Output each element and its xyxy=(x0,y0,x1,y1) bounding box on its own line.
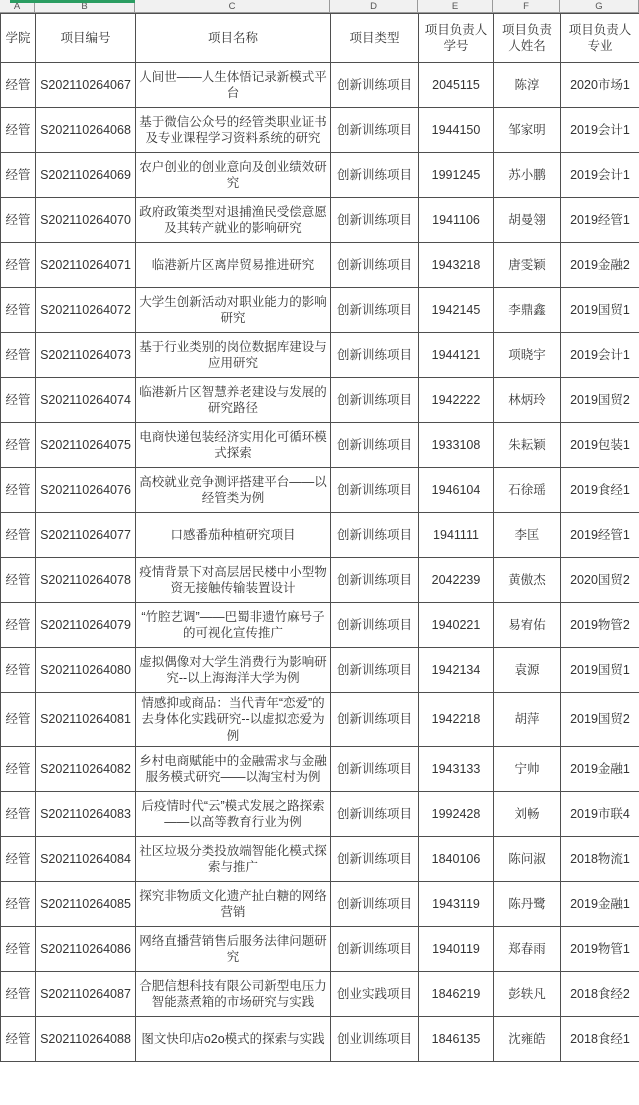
cell-leader-name[interactable]: 胡曼翎 xyxy=(494,198,561,243)
cell-project-title[interactable]: 网络直播营销售后服务法律问题研究 xyxy=(136,926,331,971)
cell-leader-name[interactable]: 苏小鹏 xyxy=(494,153,561,198)
cell-leader-major[interactable]: 2019包装1 xyxy=(561,423,639,468)
cell-project-code[interactable]: S202110264084 xyxy=(36,836,136,881)
header-project-title: 项目名称 xyxy=(136,14,331,63)
cell-college[interactable]: 经管 xyxy=(1,926,36,971)
cell-leader-major[interactable]: 2019经管1 xyxy=(561,513,639,558)
cell-student-id[interactable]: 1840106 xyxy=(419,836,494,881)
cell-project-type[interactable]: 创新训练项目 xyxy=(331,153,419,198)
cell-leader-name[interactable]: 李鼎鑫 xyxy=(494,288,561,333)
cell-leader-major[interactable]: 2019国贸2 xyxy=(561,378,639,423)
cell-student-id[interactable]: 1943133 xyxy=(419,746,494,791)
cell-leader-name[interactable]: 黄傲杰 xyxy=(494,558,561,603)
cell-project-code[interactable]: S202110264071 xyxy=(36,243,136,288)
cell-leader-major[interactable]: 2019经管1 xyxy=(561,198,639,243)
cell-project-code[interactable]: S202110264080 xyxy=(36,648,136,693)
cell-leader-major[interactable]: 2018食经1 xyxy=(561,1016,639,1061)
table-row: 经管 S202110264082 乡村电商赋能中的金融需求与金融服务模式研究——… xyxy=(1,746,639,791)
cell-college[interactable]: 经管 xyxy=(1,198,36,243)
cell-project-type[interactable]: 创新训练项目 xyxy=(331,423,419,468)
cell-project-code[interactable]: S202110264073 xyxy=(36,333,136,378)
table-row: 经管 S202110264087 合肥信想科技有限公司新型电压力智能蒸煮箱的市场… xyxy=(1,971,639,1016)
column-header-d[interactable]: D xyxy=(330,0,418,12)
cell-project-code[interactable]: S202110264068 xyxy=(36,108,136,153)
table-row: 经管 S202110264069 农户创业的创业意向及创业绩效研究 创新训练项目… xyxy=(1,153,639,198)
cell-student-id[interactable]: 1943119 xyxy=(419,881,494,926)
cell-leader-major[interactable]: 2020市场1 xyxy=(561,63,639,108)
cell-student-id[interactable]: 1991245 xyxy=(419,153,494,198)
cell-leader-major[interactable]: 2019国贸1 xyxy=(561,288,639,333)
cell-project-code[interactable]: S202110264079 xyxy=(36,603,136,648)
cell-leader-name[interactable]: 陈淳 xyxy=(494,63,561,108)
cell-leader-name[interactable]: 郑春雨 xyxy=(494,926,561,971)
cell-student-id[interactable]: 1846135 xyxy=(419,1016,494,1061)
cell-college[interactable]: 经管 xyxy=(1,648,36,693)
cell-college[interactable]: 经管 xyxy=(1,746,36,791)
table-row: 经管 S202110264077 口感番茄种植研究项目 创新训练项目 19411… xyxy=(1,513,639,558)
table-row: 经管 S202110264081 情感抑或商品：当代青年“恋爱”的去身体化实践研… xyxy=(1,693,639,747)
spreadsheet-view: A B C D E F G 学院 项目编号 项目名称 项目类型 项目负责人学号 … xyxy=(0,0,639,1062)
cell-leader-major[interactable]: 2019金融2 xyxy=(561,243,639,288)
cell-project-code[interactable]: S202110264067 xyxy=(36,63,136,108)
cell-project-type[interactable]: 创新训练项目 xyxy=(331,558,419,603)
cell-project-title[interactable]: 情感抑或商品：当代青年“恋爱”的去身体化实践研究--以虚拟恋爱为例 xyxy=(136,693,331,747)
cell-project-code[interactable]: S202110264069 xyxy=(36,153,136,198)
table-row: 经管 S202110264076 高校就业竞争测评搭建平台——以经管类为例 创新… xyxy=(1,468,639,513)
cell-project-code[interactable]: S202110264078 xyxy=(36,558,136,603)
table-row: 经管 S202110264085 探究非物质文化遗产扯白糖的网络营销 创新训练项… xyxy=(1,881,639,926)
cell-student-id[interactable]: 1941106 xyxy=(419,198,494,243)
cell-college[interactable]: 经管 xyxy=(1,558,36,603)
cell-project-type[interactable]: 创业实践项目 xyxy=(331,971,419,1016)
cell-project-type[interactable]: 创新训练项目 xyxy=(331,693,419,747)
cell-project-type[interactable]: 创新训练项目 xyxy=(331,648,419,693)
cell-project-code[interactable]: S202110264081 xyxy=(36,693,136,747)
cell-project-title[interactable]: “竹腔艺调”——巴蜀非遗竹麻号子的可视化宣传推广 xyxy=(136,603,331,648)
cell-college[interactable]: 经管 xyxy=(1,971,36,1016)
cell-college[interactable]: 经管 xyxy=(1,603,36,648)
column-header-f[interactable]: F xyxy=(493,0,560,12)
cell-project-code[interactable]: S202110264074 xyxy=(36,378,136,423)
cell-project-type[interactable]: 创新训练项目 xyxy=(331,603,419,648)
cell-college[interactable]: 经管 xyxy=(1,1016,36,1061)
cell-leader-major[interactable]: 2019食经1 xyxy=(561,468,639,513)
cell-project-code[interactable]: S202110264083 xyxy=(36,791,136,836)
cell-project-type[interactable]: 创新训练项目 xyxy=(331,926,419,971)
cell-project-title[interactable]: 电商快递包装经济实用化可循环模式探索 xyxy=(136,423,331,468)
cell-project-code[interactable]: S202110264072 xyxy=(36,288,136,333)
cell-project-code[interactable]: S202110264088 xyxy=(36,1016,136,1061)
cell-college[interactable]: 经管 xyxy=(1,423,36,468)
cell-project-type[interactable]: 创新训练项目 xyxy=(331,63,419,108)
table-row: 经管 S202110264068 基于微信公众号的经管类职业证书及专业课程学习资… xyxy=(1,108,639,153)
cell-project-title[interactable]: 农户创业的创业意向及创业绩效研究 xyxy=(136,153,331,198)
header-project-type: 项目类型 xyxy=(331,14,419,63)
cell-project-title[interactable]: 疫情背景下对高层居民楼中小型物资无接触传输装置设计 xyxy=(136,558,331,603)
cell-college[interactable]: 经管 xyxy=(1,333,36,378)
cell-project-title[interactable]: 乡村电商赋能中的金融需求与金融服务模式研究——以淘宝村为例 xyxy=(136,746,331,791)
cell-college[interactable]: 经管 xyxy=(1,288,36,333)
cell-project-code[interactable]: S202110264082 xyxy=(36,746,136,791)
table-row: 经管 S202110264070 政府政策类型对退捕渔民受偿意愿及其转产就业的影… xyxy=(1,198,639,243)
table-row: 经管 S202110264088 图文快印店o2o模式的探索与实践 创业训练项目… xyxy=(1,1016,639,1061)
cell-leader-major[interactable]: 2019物管2 xyxy=(561,603,639,648)
projects-table: 学院 项目编号 项目名称 项目类型 项目负责人学号 项目负责人姓名 项目负责人专… xyxy=(0,13,639,1062)
cell-leader-name[interactable]: 石徐瑶 xyxy=(494,468,561,513)
cell-project-type[interactable]: 创新训练项目 xyxy=(331,881,419,926)
cell-project-type[interactable]: 创新训练项目 xyxy=(331,791,419,836)
cell-college[interactable]: 经管 xyxy=(1,881,36,926)
cell-project-title[interactable]: 政府政策类型对退捕渔民受偿意愿及其转产就业的影响研究 xyxy=(136,198,331,243)
cell-project-code[interactable]: S202110264085 xyxy=(36,881,136,926)
cell-project-title[interactable]: 社区垃圾分类投放端智能化模式探索与推广 xyxy=(136,836,331,881)
header-leader-major: 项目负责人专业 xyxy=(561,14,639,63)
table-row: 经管 S202110264086 网络直播营销售后服务法律问题研究 创新训练项目… xyxy=(1,926,639,971)
cell-student-id[interactable]: 1943218 xyxy=(419,243,494,288)
cell-college[interactable]: 经管 xyxy=(1,63,36,108)
cell-leader-name[interactable]: 彭轶凡 xyxy=(494,971,561,1016)
table-row: 经管 S202110264078 疫情背景下对高层居民楼中小型物资无接触传输装置… xyxy=(1,558,639,603)
cell-project-title[interactable]: 临港新片区智慧养老建设与发展的研究路径 xyxy=(136,378,331,423)
cell-student-id[interactable]: 1944121 xyxy=(419,333,494,378)
header-college: 学院 xyxy=(1,14,36,63)
cell-project-type[interactable]: 创新训练项目 xyxy=(331,198,419,243)
cell-student-id[interactable]: 1933108 xyxy=(419,423,494,468)
cell-college[interactable]: 经管 xyxy=(1,243,36,288)
cell-project-title[interactable]: 探究非物质文化遗产扯白糖的网络营销 xyxy=(136,881,331,926)
table-row: 经管 S202110264083 后疫情时代“云”模式发展之路探索——以高等教育… xyxy=(1,791,639,836)
cell-leader-name[interactable]: 沈雍皓 xyxy=(494,1016,561,1061)
cell-leader-major[interactable]: 2019市联4 xyxy=(561,791,639,836)
table-row: 经管 S202110264073 基于行业类别的岗位数据库建设与应用研究 创新训… xyxy=(1,333,639,378)
cell-student-id[interactable]: 1942134 xyxy=(419,648,494,693)
cell-leader-major[interactable]: 2019国贸2 xyxy=(561,693,639,747)
header-project-code: 项目编号 xyxy=(36,14,136,63)
cell-college[interactable]: 经管 xyxy=(1,108,36,153)
cell-project-title[interactable]: 后疫情时代“云”模式发展之路探索——以高等教育行业为例 xyxy=(136,791,331,836)
cell-student-id[interactable]: 1846219 xyxy=(419,971,494,1016)
cell-project-type[interactable]: 创新训练项目 xyxy=(331,288,419,333)
cell-project-code[interactable]: S202110264077 xyxy=(36,513,136,558)
cell-project-title[interactable]: 临港新片区离岸贸易推进研究 xyxy=(136,243,331,288)
cell-leader-name[interactable]: 宁帅 xyxy=(494,746,561,791)
cell-leader-major[interactable]: 2020国贸2 xyxy=(561,558,639,603)
cell-student-id[interactable]: 1940119 xyxy=(419,926,494,971)
table-row: 经管 S202110264072 大学生创新活动对职业能力的影响研究 创新训练项… xyxy=(1,288,639,333)
cell-project-type[interactable]: 创新训练项目 xyxy=(331,108,419,153)
table-row: 经管 S202110264067 人间世——人生体悟记录新模式平台 创新训练项目… xyxy=(1,63,639,108)
table-row: 经管 S202110264079 “竹腔艺调”——巴蜀非遗竹麻号子的可视化宣传推… xyxy=(1,603,639,648)
cell-student-id[interactable]: 1946104 xyxy=(419,468,494,513)
cell-project-type[interactable]: 创新训练项目 xyxy=(331,243,419,288)
cell-project-title[interactable]: 基于微信公众号的经管类职业证书及专业课程学习资料系统的研究 xyxy=(136,108,331,153)
cell-project-type[interactable]: 创新训练项目 xyxy=(331,333,419,378)
cell-college[interactable]: 经管 xyxy=(1,378,36,423)
header-leader-name: 项目负责人姓名 xyxy=(494,14,561,63)
cell-college[interactable]: 经管 xyxy=(1,791,36,836)
cell-project-type[interactable]: 创新训练项目 xyxy=(331,468,419,513)
cell-leader-name[interactable]: 邹家明 xyxy=(494,108,561,153)
cell-project-code[interactable]: S202110264075 xyxy=(36,423,136,468)
cell-project-type[interactable]: 创新训练项目 xyxy=(331,836,419,881)
table-row: 经管 S202110264075 电商快递包装经济实用化可循环模式探索 创新训练… xyxy=(1,423,639,468)
cell-project-title[interactable]: 虚拟偶像对大学生消费行为影响研究--以上海海洋大学为例 xyxy=(136,648,331,693)
cell-student-id[interactable]: 1944150 xyxy=(419,108,494,153)
table-row: 经管 S202110264084 社区垃圾分类投放端智能化模式探索与推广 创新训… xyxy=(1,836,639,881)
cell-leader-name[interactable]: 胡萍 xyxy=(494,693,561,747)
cell-leader-major[interactable]: 2019金融1 xyxy=(561,881,639,926)
cell-student-id[interactable]: 1940221 xyxy=(419,603,494,648)
cell-project-type[interactable]: 创新训练项目 xyxy=(331,513,419,558)
cell-leader-major[interactable]: 2019物管1 xyxy=(561,926,639,971)
cell-leader-name[interactable]: 项晓宇 xyxy=(494,333,561,378)
cell-student-id[interactable]: 1941111 xyxy=(419,513,494,558)
cell-project-code[interactable]: S202110264076 xyxy=(36,468,136,513)
cell-college[interactable]: 经管 xyxy=(1,513,36,558)
cell-leader-major[interactable]: 2019国贸1 xyxy=(561,648,639,693)
cell-project-title[interactable]: 合肥信想科技有限公司新型电压力智能蒸煮箱的市场研究与实践 xyxy=(136,971,331,1016)
cell-student-id[interactable]: 2045115 xyxy=(419,63,494,108)
cell-leader-name[interactable]: 李匡 xyxy=(494,513,561,558)
cell-student-id[interactable]: 2042239 xyxy=(419,558,494,603)
cell-project-title[interactable]: 高校就业竞争测评搭建平台——以经管类为例 xyxy=(136,468,331,513)
cell-leader-major[interactable]: 2019会计1 xyxy=(561,108,639,153)
cell-student-id[interactable]: 1942222 xyxy=(419,378,494,423)
cell-leader-major[interactable]: 2019金融1 xyxy=(561,746,639,791)
cell-leader-name[interactable]: 林炳玲 xyxy=(494,378,561,423)
cell-leader-name[interactable]: 刘畅 xyxy=(494,791,561,836)
cell-college[interactable]: 经管 xyxy=(1,153,36,198)
column-header-e[interactable]: E xyxy=(418,0,493,12)
column-header-c[interactable]: C xyxy=(135,0,330,12)
cell-project-type[interactable]: 创业训练项目 xyxy=(331,1016,419,1061)
cell-project-type[interactable]: 创新训练项目 xyxy=(331,746,419,791)
cell-project-title[interactable]: 大学生创新活动对职业能力的影响研究 xyxy=(136,288,331,333)
table-row: 经管 S202110264071 临港新片区离岸贸易推进研究 创新训练项目 19… xyxy=(1,243,639,288)
cell-leader-name[interactable]: 袁源 xyxy=(494,648,561,693)
cell-project-code[interactable]: S202110264070 xyxy=(36,198,136,243)
cell-leader-name[interactable]: 易宥佑 xyxy=(494,603,561,648)
header-student-id: 项目负责人学号 xyxy=(419,14,494,63)
cell-project-type[interactable]: 创新训练项目 xyxy=(331,378,419,423)
cell-leader-name[interactable]: 陈问淑 xyxy=(494,836,561,881)
cell-college[interactable]: 经管 xyxy=(1,836,36,881)
cell-project-title[interactable]: 基于行业类别的岗位数据库建设与应用研究 xyxy=(136,333,331,378)
column-header-g[interactable]: G xyxy=(560,0,639,12)
cell-leader-name[interactable]: 朱耘颖 xyxy=(494,423,561,468)
cell-student-id[interactable]: 1942218 xyxy=(419,693,494,747)
cell-leader-major[interactable]: 2019会计1 xyxy=(561,333,639,378)
table-header-row: 学院 项目编号 项目名称 项目类型 项目负责人学号 项目负责人姓名 项目负责人专… xyxy=(1,14,639,63)
cell-leader-name[interactable]: 陈丹鹭 xyxy=(494,881,561,926)
cell-project-title[interactable]: 人间世——人生体悟记录新模式平台 xyxy=(136,63,331,108)
table-row: 经管 S202110264074 临港新片区智慧养老建设与发展的研究路径 创新训… xyxy=(1,378,639,423)
table-row: 经管 S202110264080 虚拟偶像对大学生消费行为影响研究--以上海海洋… xyxy=(1,648,639,693)
cell-student-id[interactable]: 1992428 xyxy=(419,791,494,836)
cell-project-code[interactable]: S202110264087 xyxy=(36,971,136,1016)
cell-college[interactable]: 经管 xyxy=(1,693,36,747)
selection-accent-bar xyxy=(10,0,135,3)
cell-project-title[interactable]: 图文快印店o2o模式的探索与实践 xyxy=(136,1016,331,1061)
cell-project-code[interactable]: S202110264086 xyxy=(36,926,136,971)
cell-leader-major[interactable]: 2018食经2 xyxy=(561,971,639,1016)
cell-project-title[interactable]: 口感番茄种植研究项目 xyxy=(136,513,331,558)
cell-college[interactable]: 经管 xyxy=(1,468,36,513)
cell-leader-name[interactable]: 唐雯颖 xyxy=(494,243,561,288)
cell-leader-major[interactable]: 2018物流1 xyxy=(561,836,639,881)
cell-student-id[interactable]: 1942145 xyxy=(419,288,494,333)
cell-leader-major[interactable]: 2019会计1 xyxy=(561,153,639,198)
